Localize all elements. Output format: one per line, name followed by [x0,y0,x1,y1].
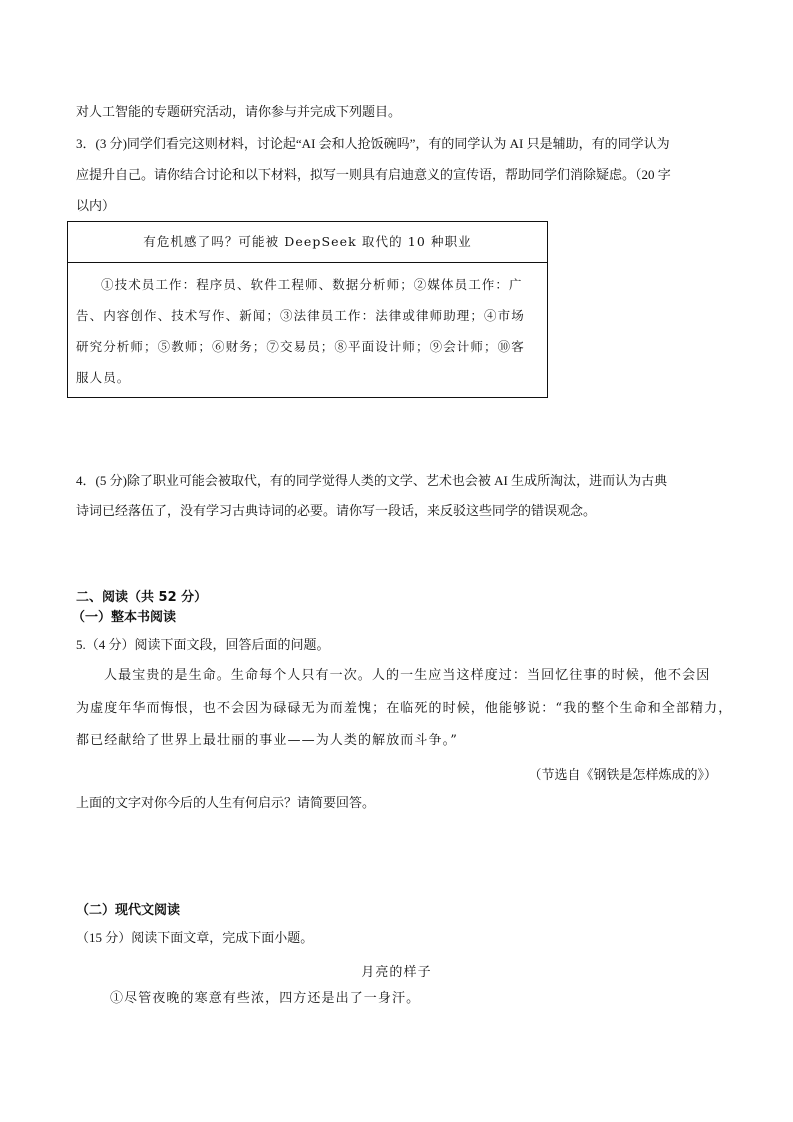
passage-line-3: 都已经献给了世界上最壮丽的事业——为人类的解放而斗争。” [76,733,458,749]
q5-question: 上面的文字对你今后的人生有何启示？请简要回答。 [76,795,375,811]
q3-line-2: 应提升自己。请你结合讨论和以下材料，拟写一则具有启迪意义的宣传语，帮助同学们消除… [76,167,671,183]
q6-prompt: （15 分）阅读下面文章，完成下面小题。 [76,930,313,946]
material-line-2: 告、内容创作、技术写作、新闻；③法律员工作：法律或律师助理；④市场 [76,300,539,331]
material-line-1: ①技术员工作：程序员、软件工程师、数据分析师；②媒体员工作：广 [76,269,539,300]
passage-line-2: 为虚度年华而悔恨，也不会因为碌碌无为而羞愧；在临死的时候，他能够说：“我的整个生… [76,701,732,717]
passage-source: （节选自《钢铁是怎样炼成的》） [528,764,717,783]
q4-line-1: 4．(5 分)除了职业可能会被取代，有的同学觉得人类的文学、艺术也会被 AI 生… [76,473,667,489]
material-line-3: 研究分析师；⑤教师；⑥财务；⑦交易员；⑧平面设计师；⑨会计师；⑩客 [76,331,539,362]
section-heading-reading: 二、阅读（共 52 分） [76,590,207,606]
passage-line-1: 人最宝贵的是生命。生命每个人只有一次。人的一生应当这样度过：当回忆往事的时候，他… [104,668,710,684]
material-box: 有危机感了吗？可能被 DeepSeek 取代的 10 种职业 ①技术员工作：程序… [67,221,548,398]
q3-line-1: 3．(3 分)同学们看完这则材料，讨论起“AI 会和人抢饭碗吗”，有的同学认为 … [76,136,670,152]
subsection-heading-whole-book: （一）整本书阅读 [72,610,176,626]
material-box-title: 有危机感了吗？可能被 DeepSeek 取代的 10 种职业 [68,222,547,263]
q5-prompt: 5.（4 分）阅读下面文段，回答后面的问题。 [76,637,330,653]
material-line-4: 服人员。 [76,362,539,393]
material-box-body: ①技术员工作：程序员、软件工程师、数据分析师；②媒体员工作：广 告、内容创作、技… [68,263,547,393]
q3-line-3: 以内） [76,198,115,214]
q4-line-2: 诗词已经落伍了，没有学习古典诗词的必要。请你写一段话，来反驳这些同学的错误观念。 [76,503,596,519]
intro-line: 对人工智能的专题研究活动，请你参与并完成下列题目。 [76,104,401,120]
article-title: 月亮的样子 [0,961,793,980]
subsection-heading-modern-text: （二）现代文阅读 [76,903,180,919]
article-paragraph-1: ①尽管夜晚的寒意有些浓，四方还是出了一身汗。 [110,991,420,1007]
